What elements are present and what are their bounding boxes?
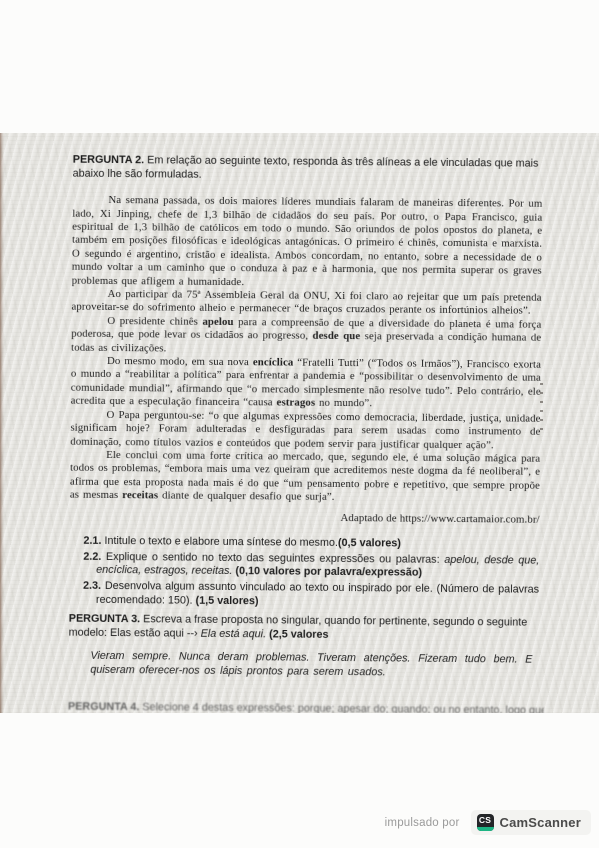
- passage-paragraph-3: O presidente chinês apelou para a compre…: [71, 314, 541, 358]
- camscanner-badge[interactable]: CS CamScanner: [471, 810, 591, 835]
- question-2-heading: PERGUNTA 2. Em relação ao seguinte texto…: [73, 154, 543, 185]
- passage-paragraph-6: Ele conclui com uma forte crítica ao mer…: [70, 449, 540, 507]
- camscanner-brand-text: CamScanner: [500, 815, 581, 830]
- passage-source-credit: Adaptado de https://www.cartamaior.com.b…: [70, 509, 540, 527]
- question-item-2-1: 2.1. Intitule o texto e elabore uma sínt…: [83, 535, 539, 553]
- passage-paragraph-2: Ao participar da 75ª Assembleia Geral da…: [71, 288, 541, 319]
- question-3-example-sentences: Vieram sempre. Nunca deram problemas. Ti…: [90, 648, 532, 680]
- question-item-2-2: 2.2. Explique o sentido no texto das seg…: [83, 550, 539, 581]
- question-3-heading: PERGUNTA 3. Escreva a frase proposta no …: [69, 613, 539, 644]
- reading-passage: Na semana passada, os dois maiores líder…: [70, 194, 543, 527]
- passage-paragraph-5: O Papa perguntou-se: “o que algumas expr…: [70, 408, 540, 452]
- question-item-2-3: 2.3. Desenvolva algum assunto vinculado …: [83, 580, 539, 611]
- camscanner-logo-accent-bar: [477, 827, 494, 831]
- scan-artifact-dots: [540, 383, 543, 431]
- question-4-cutoff-line: PERGUNTA 4. Selecione 4 destas expressõe…: [68, 701, 544, 713]
- powered-by-text: impulsado por: [385, 817, 460, 829]
- scan-area: PERGUNTA 2. Em relação ao seguinte texto…: [0, 133, 599, 713]
- passage-paragraph-1: Na semana passada, os dois maiores líder…: [72, 194, 543, 292]
- camscanner-watermark: impulsado por CS CamScanner: [0, 809, 599, 836]
- document-content: PERGUNTA 2. Em relação ao seguinte texto…: [0, 133, 599, 713]
- question-2-items: 2.1. Intitule o texto e elabore uma sínt…: [83, 535, 540, 611]
- passage-paragraph-4: Do mesmo modo, em sua nova encíclica “Fr…: [71, 355, 541, 413]
- scanned-exam-page: PERGUNTA 2. Em relação ao seguinte texto…: [0, 0, 599, 848]
- camscanner-logo-letters: CS: [477, 815, 494, 825]
- camscanner-logo-icon: CS: [477, 814, 494, 831]
